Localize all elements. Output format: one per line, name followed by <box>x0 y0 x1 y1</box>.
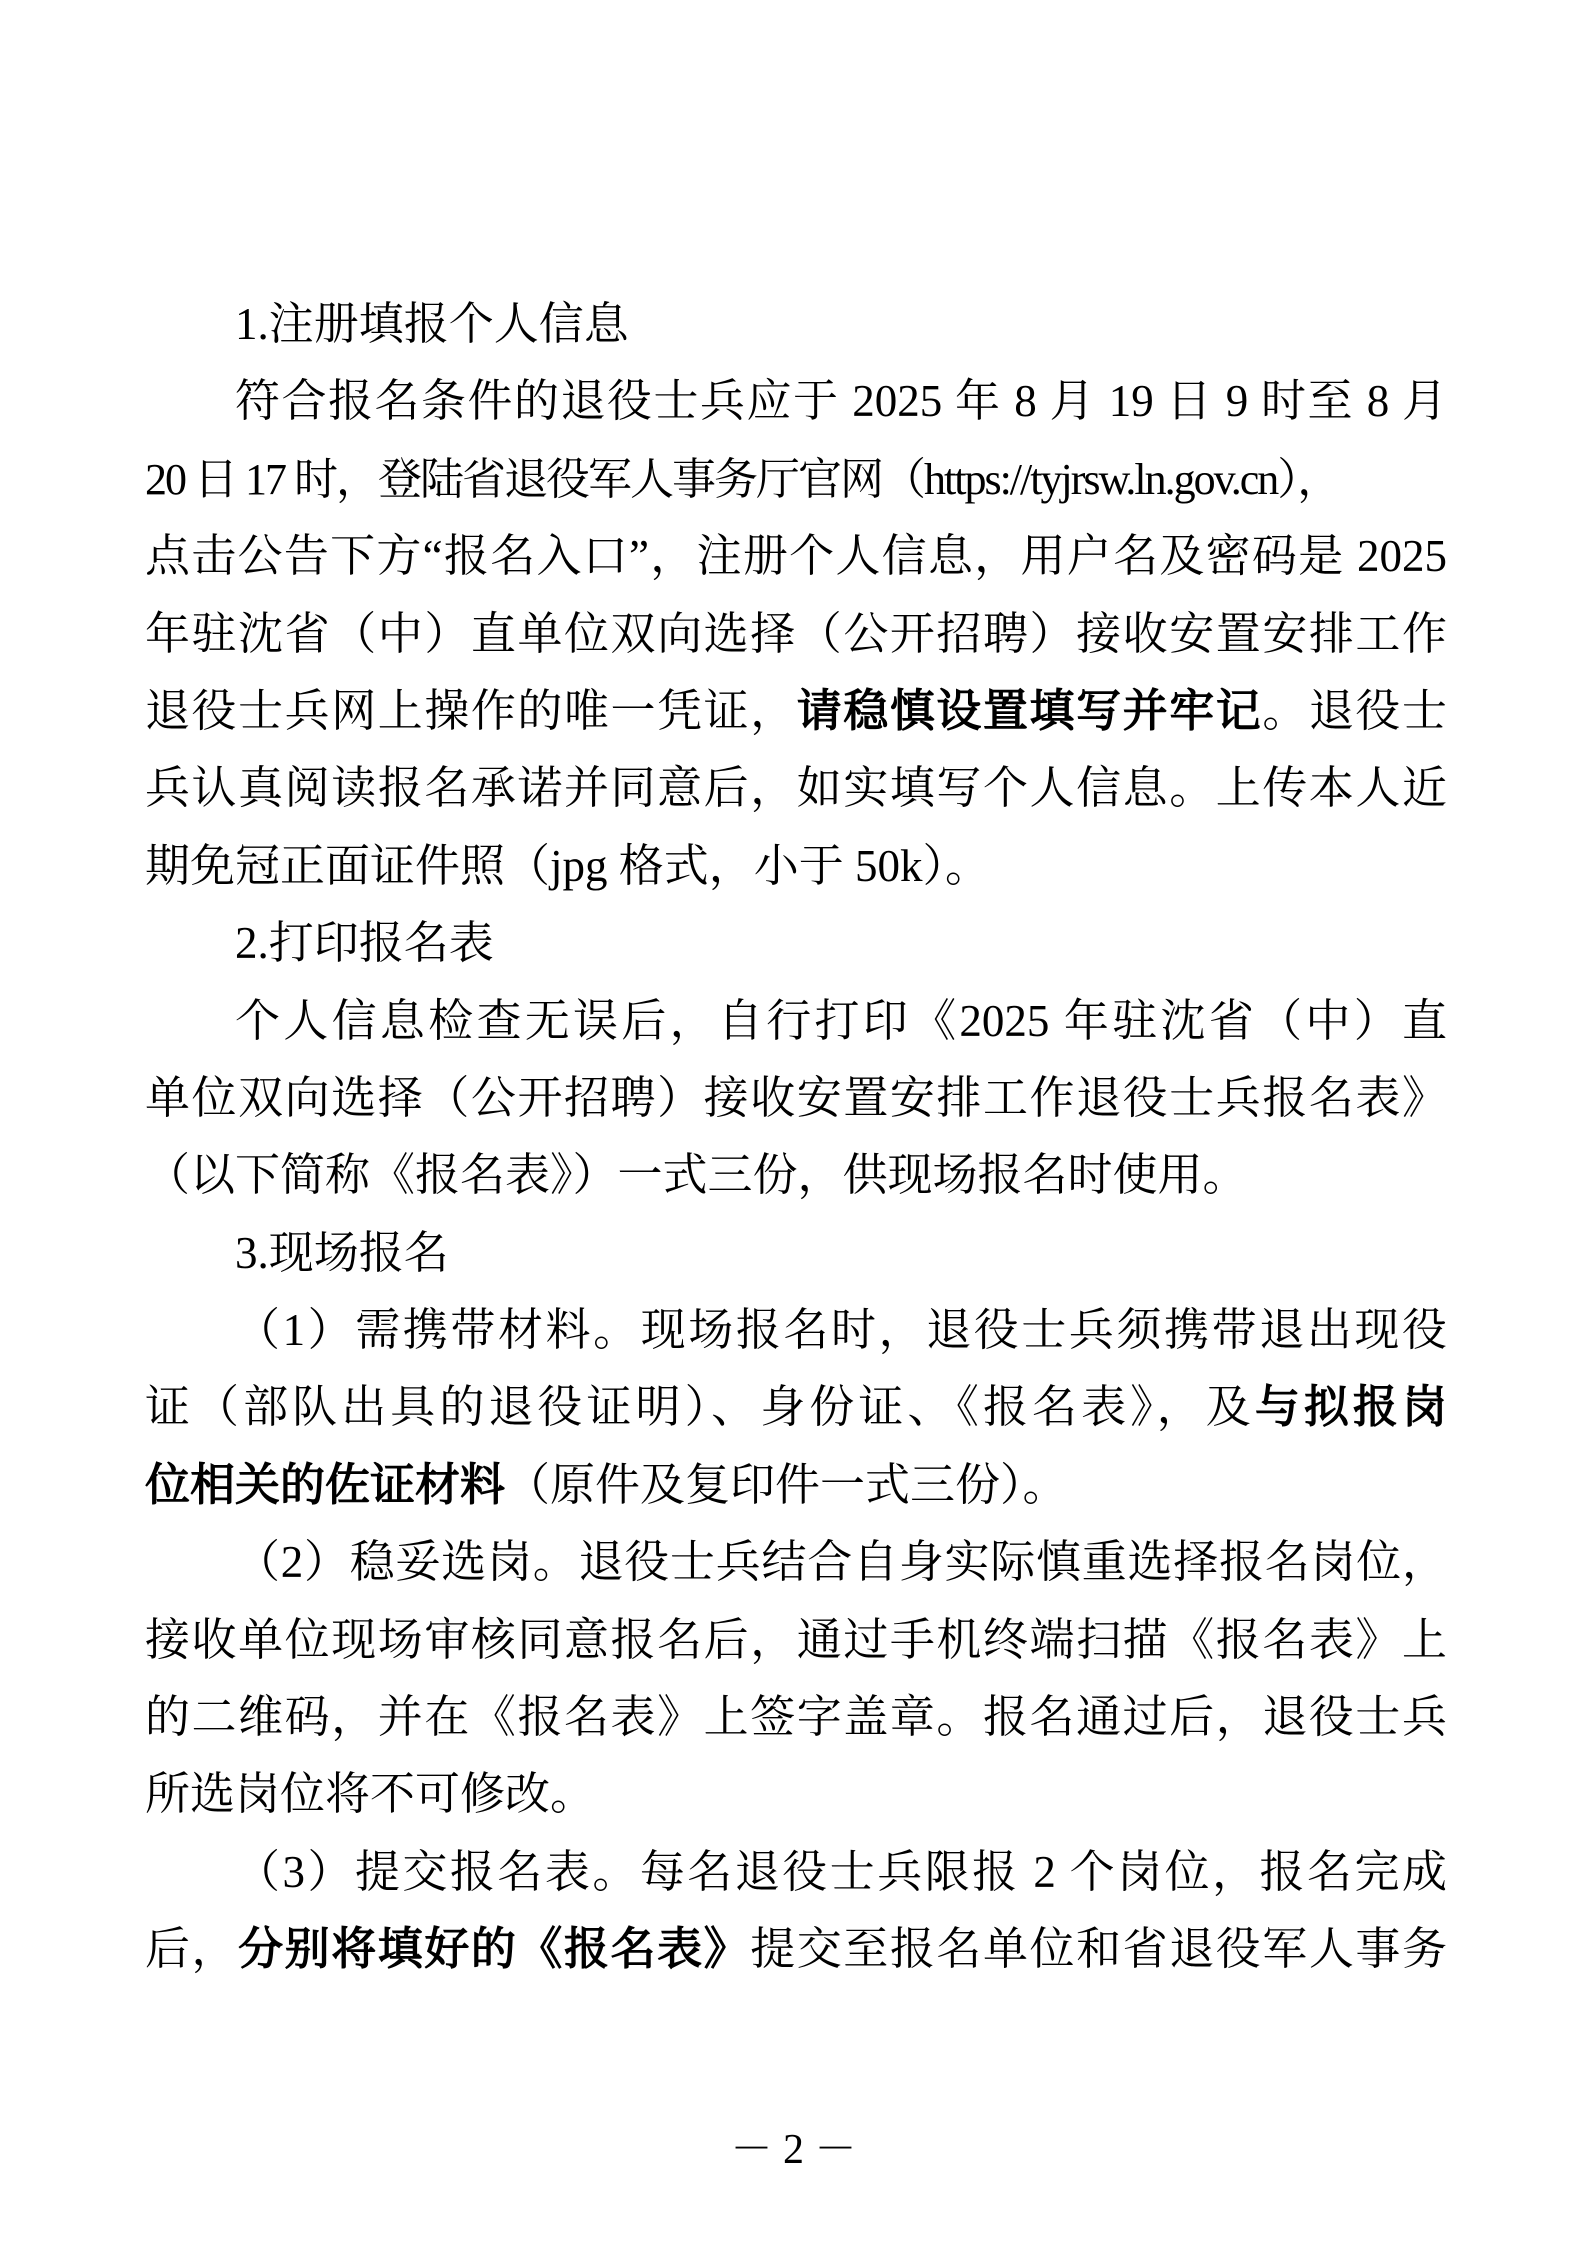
text-segment: 退役士兵网上操作的唯一凭证， <box>145 686 797 736</box>
para-submit-line-2: 后，分别将填好的《报名表》提交至报名单位和省退役军人事务 <box>145 1911 1447 1988</box>
para-submit-line-1: （3）提交报名表。每名退役士兵限报 2 个岗位，报名完成 <box>145 1834 1447 1911</box>
para-register-line-7: 期免冠正面证件照（jpg 格式，小于 50k）。 <box>145 828 1447 905</box>
bold-text-segment: 与拟报岗 <box>1255 1382 1447 1432</box>
text-segment: （3）提交报名表。每名退役士兵限报 2 个岗位，报名完成 <box>235 1847 1447 1897</box>
para-register-line-5: 退役士兵网上操作的唯一凭证，请稳慎设置填写并牢记。退役士 <box>145 673 1447 750</box>
text-segment: （2）稳妥选岗。退役士兵结合自身实际慎重选择报名岗位， <box>235 1537 1447 1587</box>
para-select-line-1: （2）稳妥选岗。退役士兵结合自身实际慎重选择报名岗位， <box>145 1524 1447 1601</box>
text-segment: 兵认真阅读报名承诺并同意后，如实填写个人信息。上传本人近 <box>145 763 1447 813</box>
para-select-line-4: 所选岗位将不可修改。 <box>145 1756 1447 1833</box>
para-materials-line-3: 位相关的佐证材料（原件及复印件一式三份）。 <box>145 1447 1447 1524</box>
para-register-line-2: 20 日 17 时，登陆省退役军人事务厅官网（https://tyjrsw.ln… <box>145 441 1447 518</box>
para-print-line-1: 个人信息检查无误后，自行打印《2025 年驻沈省（中）直 <box>145 983 1447 1060</box>
bold-text-segment: 请稳慎设置填写并牢记 <box>797 686 1263 736</box>
section-heading-1: 1.注册填报个人信息 <box>145 286 1447 363</box>
text-segment: 个人信息检查无误后，自行打印《2025 年驻沈省（中）直 <box>235 996 1447 1046</box>
para-select-line-3: 的二维码，并在《报名表》上签字盖章。报名通过后，退役士兵 <box>145 1679 1447 1756</box>
para-select-line-2: 接收单位现场审核同意报名后，通过手机终端扫描《报名表》上 <box>145 1602 1447 1679</box>
section-heading-3: 3.现场报名 <box>145 1215 1447 1292</box>
document-page: 1.注册填报个人信息符合报名条件的退役士兵应于 2025 年 8 月 19 日 … <box>0 0 1587 2245</box>
para-materials-line-2: 证（部队出具的退役证明）、身份证、《报名表》，及与拟报岗 <box>145 1369 1447 1446</box>
text-segment: （原件及复印件一式三份）。 <box>505 1460 1068 1510</box>
text-segment: 3.现场报名 <box>235 1228 449 1278</box>
document-body: 1.注册填报个人信息符合报名条件的退役士兵应于 2025 年 8 月 19 日 … <box>145 286 1447 1989</box>
text-segment: 符合报名条件的退役士兵应于 2025 年 8 月 19 日 9 时至 8 月 <box>235 376 1447 426</box>
bold-text-segment: 位相关的佐证材料 <box>145 1460 505 1510</box>
text-segment: 。退役士 <box>1262 686 1447 736</box>
text-segment: 2.打印报名表 <box>235 918 494 968</box>
text-segment: 年驻沈省（中）直单位双向选择（公开招聘）接收安置安排工作 <box>145 609 1447 659</box>
text-segment: 接收单位现场审核同意报名后，通过手机终端扫描《报名表》上 <box>145 1615 1447 1665</box>
text-segment: （以下简称《报名表》）一式三份，供现场报名时使用。 <box>145 1150 1248 1200</box>
text-segment: 的二维码，并在《报名表》上签字盖章。报名通过后，退役士兵 <box>145 1692 1447 1742</box>
text-segment: 证（部队出具的退役证明）、身份证、《报名表》，及 <box>145 1382 1255 1432</box>
text-segment: 1.注册填报个人信息 <box>235 299 629 349</box>
text-segment: 20 日 17 时，登陆省退役军人事务厅官网（https://tyjrsw.ln… <box>145 455 1339 504</box>
text-segment: 提交至报名单位和省退役军人事务 <box>750 1924 1447 1974</box>
para-register-line-3: 点击公告下方“报名入口”，注册个人信息，用户名及密码是 2025 <box>145 518 1447 595</box>
text-segment: 后， <box>145 1924 238 1974</box>
text-segment: 点击公告下方“报名入口”，注册个人信息，用户名及密码是 2025 <box>145 531 1447 581</box>
page-number: － 2 － <box>0 2116 1587 2176</box>
text-segment: 单位双向选择（公开招聘）接收安置安排工作退役士兵报名表》 <box>145 1073 1447 1123</box>
para-print-line-2: 单位双向选择（公开招聘）接收安置安排工作退役士兵报名表》 <box>145 1060 1447 1137</box>
bold-text-segment: 分别将填好的《报名表》 <box>238 1924 750 1974</box>
text-segment: 期免冠正面证件照（jpg 格式，小于 50k）。 <box>145 841 990 891</box>
para-register-line-4: 年驻沈省（中）直单位双向选择（公开招聘）接收安置安排工作 <box>145 596 1447 673</box>
section-heading-2: 2.打印报名表 <box>145 905 1447 982</box>
text-segment: 所选岗位将不可修改。 <box>145 1769 595 1819</box>
para-register-line-1: 符合报名条件的退役士兵应于 2025 年 8 月 19 日 9 时至 8 月 <box>145 363 1447 440</box>
para-materials-line-1: （1）需携带材料。现场报名时，退役士兵须携带退出现役 <box>145 1292 1447 1369</box>
text-segment: （1）需携带材料。现场报名时，退役士兵须携带退出现役 <box>235 1305 1447 1355</box>
para-register-line-6: 兵认真阅读报名承诺并同意后，如实填写个人信息。上传本人近 <box>145 750 1447 827</box>
para-print-line-3: （以下简称《报名表》）一式三份，供现场报名时使用。 <box>145 1137 1447 1214</box>
